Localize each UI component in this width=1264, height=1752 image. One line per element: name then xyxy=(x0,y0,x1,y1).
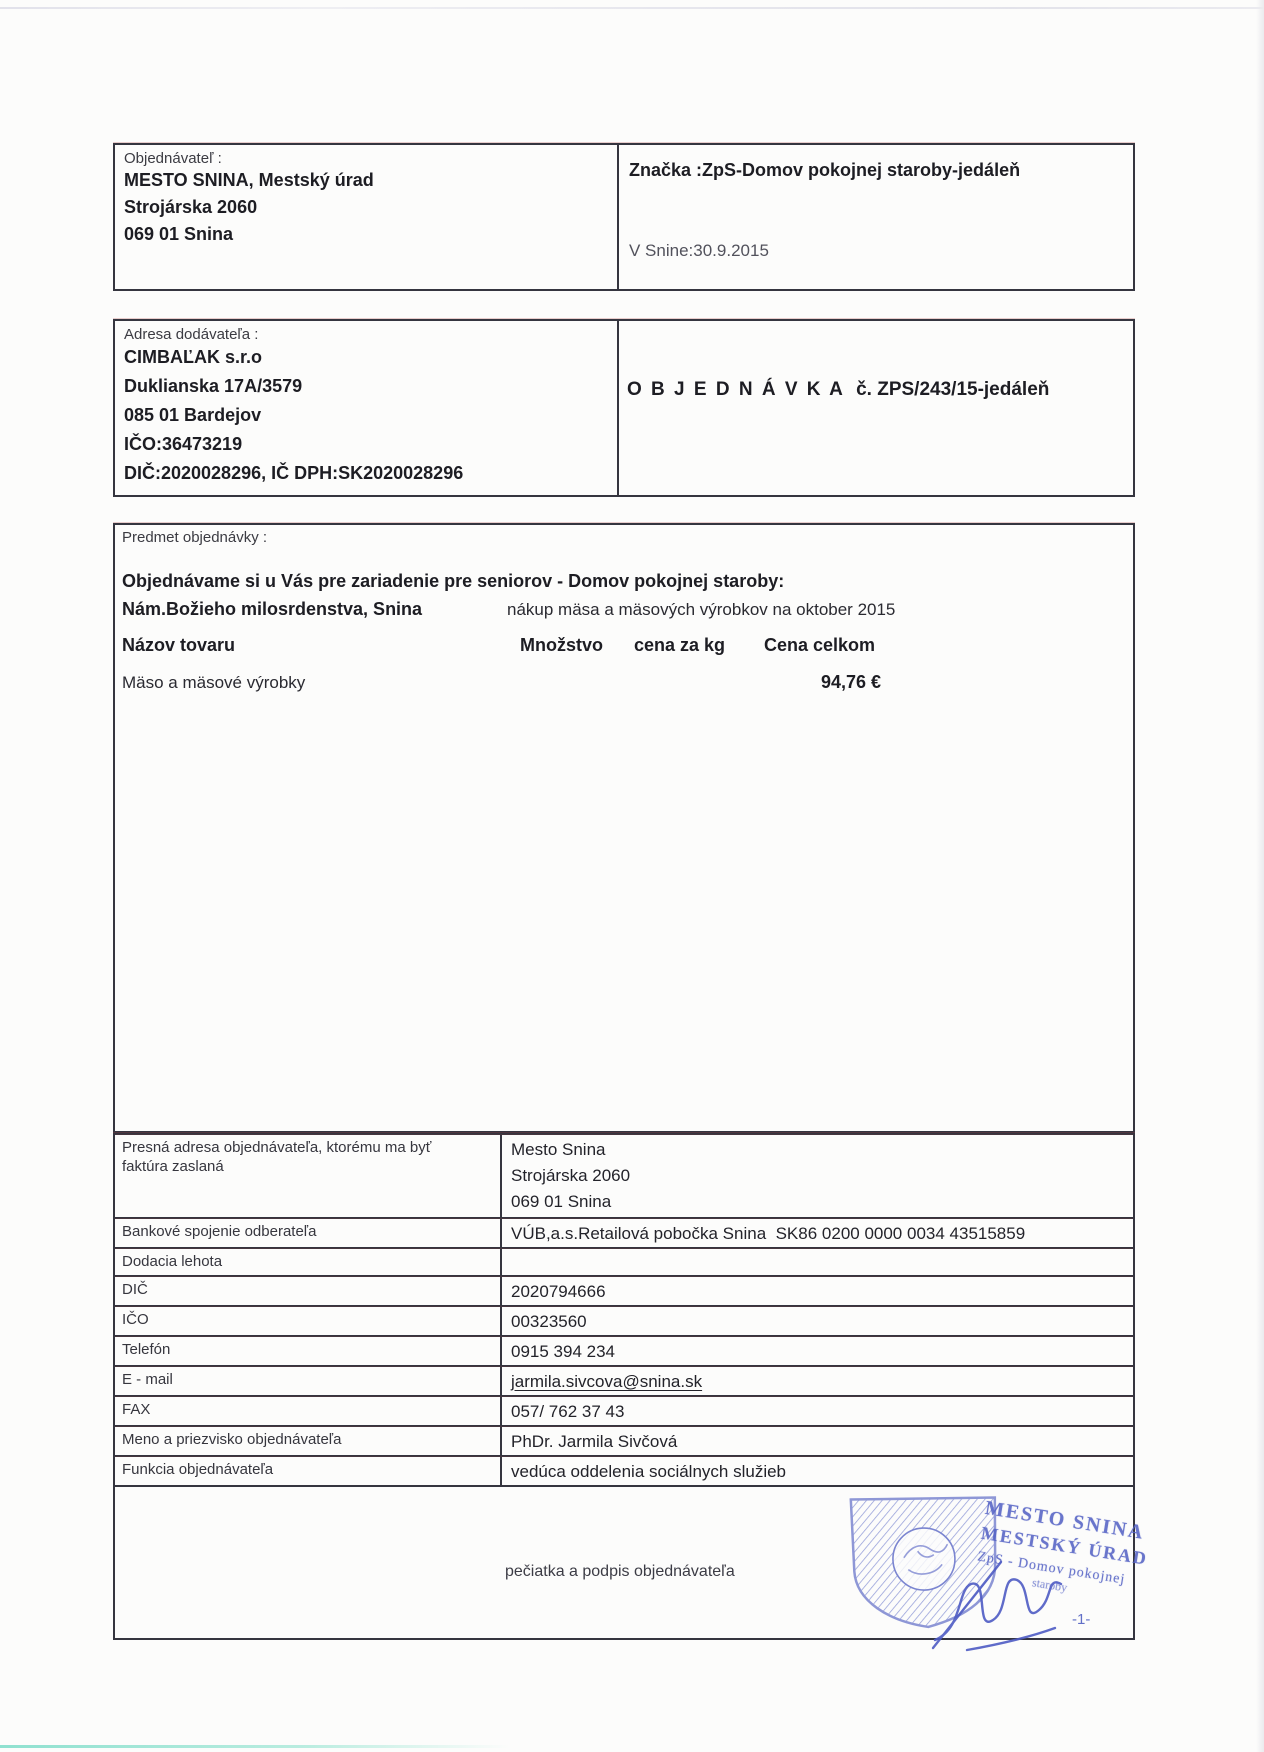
page-number: -1- xyxy=(1072,1611,1090,1628)
scan-artifact-top-line xyxy=(0,7,1264,9)
details-row: E - mailjarmila.sivcova@snina.sk xyxy=(115,1367,1133,1397)
details-row: IČO00323560 xyxy=(115,1307,1133,1337)
details-row: Telefón0915 394 234 xyxy=(115,1337,1133,1367)
subject-place: Nám.Božieho milosrdenstva, Snina xyxy=(122,599,422,620)
details-row-value: 0915 394 234 xyxy=(502,1337,1133,1365)
issue-date: V Snine:30.9.2015 xyxy=(629,241,769,261)
reference-cell: Značka :ZpS-Domov pokojnej staroby-jedál… xyxy=(617,145,1133,289)
supplier-city: 085 01 Bardejov xyxy=(124,401,608,430)
details-row-label: Meno a priezvisko objednávateľa xyxy=(115,1427,502,1455)
subject-label: Predmet objednávky : xyxy=(122,529,267,546)
subject-intro: Objednávame si u Vás pre zariadenie pre … xyxy=(122,571,784,592)
supplier-cell: Adresa dodávateľa : CIMBAĽAK s.r.o Dukli… xyxy=(115,321,617,495)
orderer-label: Objednávateľ : xyxy=(124,150,608,167)
scan-edge-shade xyxy=(1256,0,1264,1752)
supplier-label: Adresa dodávateľa : xyxy=(124,326,608,343)
details-row: Bankové spojenie odberateľaVÚB,a.s.Retai… xyxy=(115,1219,1133,1249)
stamp-signature-caption: pečiatka a podpis objednávateľa xyxy=(505,1563,735,1581)
supplier-name: CIMBAĽAK s.r.o xyxy=(124,343,608,372)
details-row: FAX057/ 762 37 43 xyxy=(115,1397,1133,1427)
column-header-quantity: Množstvo xyxy=(520,635,603,656)
details-row: Funkcia objednávateľavedúca oddelenia so… xyxy=(115,1457,1133,1487)
details-row-label: Bankové spojenie odberateľa xyxy=(115,1219,502,1247)
scan-artifact-bottom-line xyxy=(0,1745,510,1748)
details-row-value: 057/ 762 37 43 xyxy=(502,1397,1133,1425)
orderer-cell: Objednávateľ : MESTO SNINA, Mestský úrad… xyxy=(115,145,617,289)
column-header-item-name: Názov tovaru xyxy=(122,635,235,656)
details-row-label: E - mail xyxy=(115,1367,502,1395)
item-name: Mäso a mäsové výrobky xyxy=(122,673,305,693)
orderer-reference-box: Objednávateľ : MESTO SNINA, Mestský úrad… xyxy=(113,143,1135,291)
details-row-label: Dodacia lehota xyxy=(115,1249,502,1275)
details-row-value xyxy=(502,1249,1133,1275)
details-row-label: Funkcia objednávateľa xyxy=(115,1457,502,1485)
details-row-value: VÚB,a.s.Retailová pobočka Snina SK86 020… xyxy=(502,1219,1133,1247)
signature-scribble xyxy=(905,1540,1135,1665)
order-subject-box: Predmet objednávky : Objednávame si u Vá… xyxy=(113,523,1135,1133)
details-row: Meno a priezvisko objednávateľaPhDr. Jar… xyxy=(115,1427,1133,1457)
orderer-street: Strojárska 2060 xyxy=(124,194,608,221)
supplier-street: Duklianska 17A/3579 xyxy=(124,372,608,401)
details-row-value: jarmila.sivcova@snina.sk xyxy=(502,1367,1133,1395)
details-row-value: PhDr. Jarmila Sivčová xyxy=(502,1427,1133,1455)
invoice-details-and-signature-box: Presná adresa objednávateľa, ktorému ma … xyxy=(113,1133,1135,1640)
details-row: DIČ2020794666 xyxy=(115,1277,1133,1307)
orderer-city: 069 01 Snina xyxy=(124,221,608,248)
column-header-total-price: Cena celkom xyxy=(764,635,875,656)
orderer-name: MESTO SNINA, Mestský úrad xyxy=(124,167,608,194)
details-row-label: IČO xyxy=(115,1307,502,1335)
supplier-dic: DIČ:2020028296, IČ DPH:SK2020028296 xyxy=(124,459,608,488)
order-title-word: O B J E D N Á V K A xyxy=(627,379,845,400)
details-row: Dodacia lehota xyxy=(115,1249,1133,1277)
supplier-order-box: Adresa dodávateľa : CIMBAĽAK s.r.o Dukli… xyxy=(113,319,1135,497)
details-row-label: FAX xyxy=(115,1397,502,1425)
order-number-cell: O B J E D N Á V K A č. ZPS/243/15-jedále… xyxy=(617,321,1133,495)
details-row-value: vedúca oddelenia sociálnych služieb xyxy=(502,1457,1133,1485)
reference-number: Značka :ZpS-Domov pokojnej staroby-jedál… xyxy=(629,157,1123,184)
details-row-value: Mesto SninaStrojárska 2060069 01 Snina xyxy=(502,1135,1133,1217)
order-title: O B J E D N Á V K A č. ZPS/243/15-jedále… xyxy=(627,379,1049,401)
details-row-label: Telefón xyxy=(115,1337,502,1365)
column-header-price-per-kg: cena za kg xyxy=(634,635,725,656)
details-rows: Presná adresa objednávateľa, ktorému ma … xyxy=(115,1135,1133,1487)
details-row: Presná adresa objednávateľa, ktorému ma … xyxy=(115,1135,1133,1219)
item-total: 94,76 € xyxy=(821,672,881,693)
details-row-value: 00323560 xyxy=(502,1307,1133,1335)
scanned-purchase-order-document: Objednávateľ : MESTO SNINA, Mestský úrad… xyxy=(0,0,1264,1752)
details-row-label: Presná adresa objednávateľa, ktorému ma … xyxy=(115,1135,502,1217)
subject-note: nákup mäsa a mäsových výrobkov na oktobe… xyxy=(507,600,895,620)
order-title-number: č. ZPS/243/15-jedáleň xyxy=(856,379,1049,400)
supplier-ico: IČO:36473219 xyxy=(124,430,608,459)
details-row-label: DIČ xyxy=(115,1277,502,1305)
details-row-value: 2020794666 xyxy=(502,1277,1133,1305)
